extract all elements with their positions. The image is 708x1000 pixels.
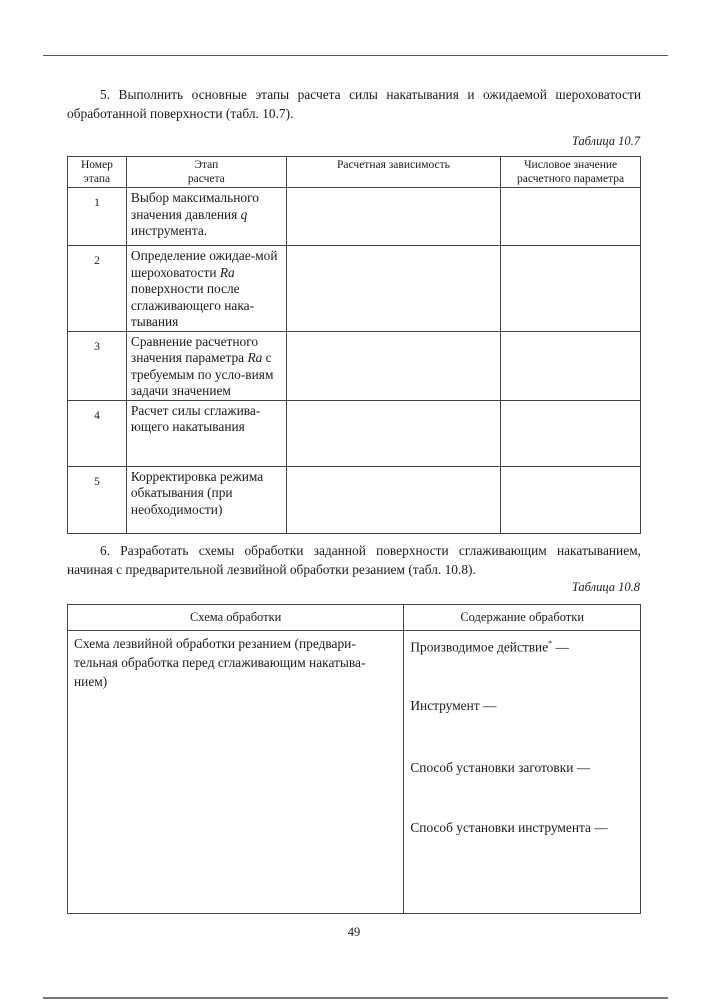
header-rule bbox=[43, 55, 668, 56]
header-content: Содержание обработки bbox=[404, 605, 641, 631]
table-row: 3 Сравнение расчетного значения параметр… bbox=[68, 331, 641, 400]
stage-description: Выбор максимального значения давления q … bbox=[126, 188, 286, 246]
table-row: 1 Выбор максимального значения давления … bbox=[68, 188, 641, 246]
table-row: 4 Расчет силы сглажива-ющего накатывания bbox=[68, 400, 641, 466]
stage-number: 5 bbox=[68, 466, 127, 533]
tool-setup-line: Способ установки инструмента — bbox=[410, 818, 634, 837]
stage-number: 2 bbox=[68, 246, 127, 332]
table-row: 2 Определение ожидае-мой шероховатости R… bbox=[68, 246, 641, 332]
stage-description: Сравнение расчетного значения параметра … bbox=[126, 331, 286, 400]
header-formula: Расчетная зависимость bbox=[286, 157, 501, 188]
stage-description: Определение ожидае-мой шероховатости Ra … bbox=[126, 246, 286, 332]
stage-number: 3 bbox=[68, 331, 127, 400]
table-row: Схема лезвийной обработки резанием (пред… bbox=[68, 631, 641, 914]
page-number: 49 bbox=[0, 925, 708, 940]
header-value: Числовое значение расчетного параметра bbox=[501, 157, 641, 188]
variable-q: q bbox=[241, 207, 248, 222]
action-line: Производимое действие* — bbox=[410, 634, 634, 656]
task-6-paragraph: 6. Разработать схемы обработки заданной … bbox=[67, 541, 641, 579]
stage-description: Расчет силы сглажива-ющего накатывания bbox=[126, 400, 286, 466]
stage-description: Корректировка режима обкатывания (при не… bbox=[126, 466, 286, 533]
value-cell[interactable] bbox=[501, 188, 641, 246]
table-row: 5 Корректировка режима обкатывания (при … bbox=[68, 466, 641, 533]
table-header-row: Схема обработки Содержание обработки bbox=[68, 605, 641, 631]
task-5-paragraph: 5. Выполнить основные этапы расчета силы… bbox=[67, 85, 641, 123]
scheme-description: Схема лезвийной обработки резанием (пред… bbox=[74, 634, 397, 691]
table-10-7-caption: Таблица 10.7 bbox=[572, 134, 640, 149]
formula-cell[interactable] bbox=[286, 466, 501, 533]
content-cell[interactable]: Производимое действие* — Инструмент — Сп… bbox=[404, 631, 641, 914]
stage-number: 4 bbox=[68, 400, 127, 466]
formula-cell[interactable] bbox=[286, 400, 501, 466]
scheme-cell[interactable]: Схема лезвийной обработки резанием (пред… bbox=[68, 631, 404, 914]
workpiece-setup-line: Способ установки заготовки — bbox=[410, 758, 634, 777]
formula-cell[interactable] bbox=[286, 331, 501, 400]
formula-cell[interactable] bbox=[286, 188, 501, 246]
header-stage: Этап расчета bbox=[126, 157, 286, 188]
stage-number: 1 bbox=[68, 188, 127, 246]
header-stage-number: Номер этапа bbox=[68, 157, 127, 188]
value-cell[interactable] bbox=[501, 246, 641, 332]
variable-ra: Ra bbox=[247, 350, 262, 365]
value-cell[interactable] bbox=[501, 400, 641, 466]
table-10-7: Номер этапа Этап расчета Расчетная завис… bbox=[67, 156, 641, 534]
footer-rule bbox=[43, 997, 668, 999]
value-cell[interactable] bbox=[501, 466, 641, 533]
table-10-8-caption: Таблица 10.8 bbox=[572, 580, 640, 595]
value-cell[interactable] bbox=[501, 331, 641, 400]
tool-line: Инструмент — bbox=[410, 696, 634, 715]
variable-ra: Ra bbox=[220, 265, 235, 280]
formula-cell[interactable] bbox=[286, 246, 501, 332]
table-header-row: Номер этапа Этап расчета Расчетная завис… bbox=[68, 157, 641, 188]
table-10-8: Схема обработки Содержание обработки Схе… bbox=[67, 604, 641, 914]
header-scheme: Схема обработки bbox=[68, 605, 404, 631]
